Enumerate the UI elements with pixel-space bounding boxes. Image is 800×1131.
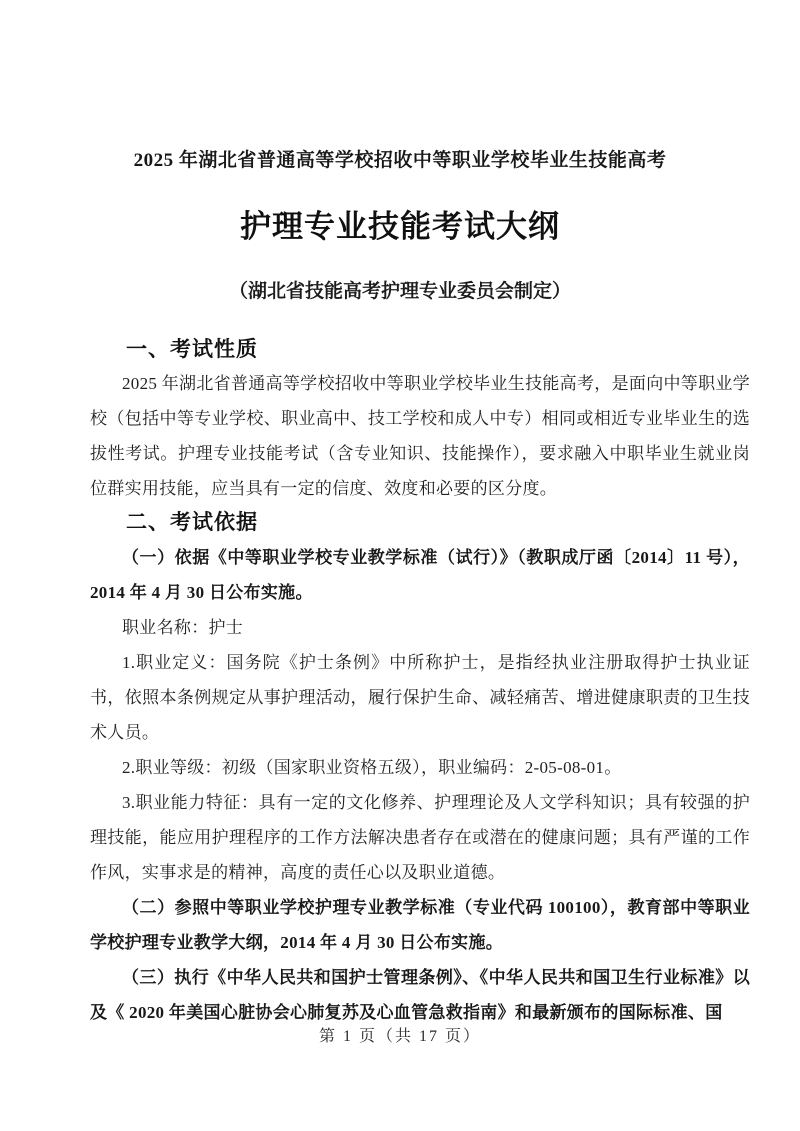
section-heading-exam-nature: 一、考试性质 [90, 336, 750, 364]
page-footer: 第 1 页（共 17 页） [0, 1026, 800, 1048]
paragraph-occupation-definition: 1.职业定义：国务院《护士条例》中所称护士，是指经执业注册取得护士执业证书，依照… [90, 645, 750, 750]
document-body: 一、考试性质 2025 年湖北省普通高等学校招收中等职业学校毕业生技能高考，是面… [0, 336, 800, 1030]
paragraph-basis-2: （二）参照中等职业学校护理专业教学标准（专业代码 100100），教育部中等职业… [90, 890, 750, 960]
paragraph-occupation-ability: 3.职业能力特征：具有一定的文化修养、护理理论及人文学科知识；具有较强的护理技能… [90, 785, 750, 890]
page-title: 护理专业技能考试大纲 [0, 205, 800, 249]
paragraph-basis-3: （三）执行《中华人民共和国护士管理条例》、《中华人民共和国卫生行业标准》以及《 … [90, 960, 750, 1030]
section-heading-exam-basis: 二、考试依据 [90, 509, 750, 537]
document-page: 2025 年湖北省普通高等学校招收中等职业学校毕业生技能高考 护理专业技能考试大… [0, 0, 800, 1131]
paragraph-exam-nature: 2025 年湖北省普通高等学校招收中等职业学校毕业生技能高考，是面向中等职业学校… [90, 366, 750, 506]
document-header-line: 2025 年湖北省普通高等学校招收中等职业学校毕业生技能高考 [0, 148, 800, 174]
front-matter: 2025 年湖北省普通高等学校招收中等职业学校毕业生技能高考 护理专业技能考试大… [0, 0, 800, 307]
document-subtitle: （湖北省技能高考护理专业委员会制定） [0, 277, 800, 307]
paragraph-occupation-name: 职业名称：护士 [90, 610, 750, 645]
paragraph-occupation-level: 2.职业等级：初级（国家职业资格五级），职业编码：2-05-08-01。 [90, 750, 750, 785]
paragraph-basis-1: （一）依据《中等职业学校专业教学标准（试行）》（教职成厅函〔2014〕11 号）… [90, 540, 750, 610]
